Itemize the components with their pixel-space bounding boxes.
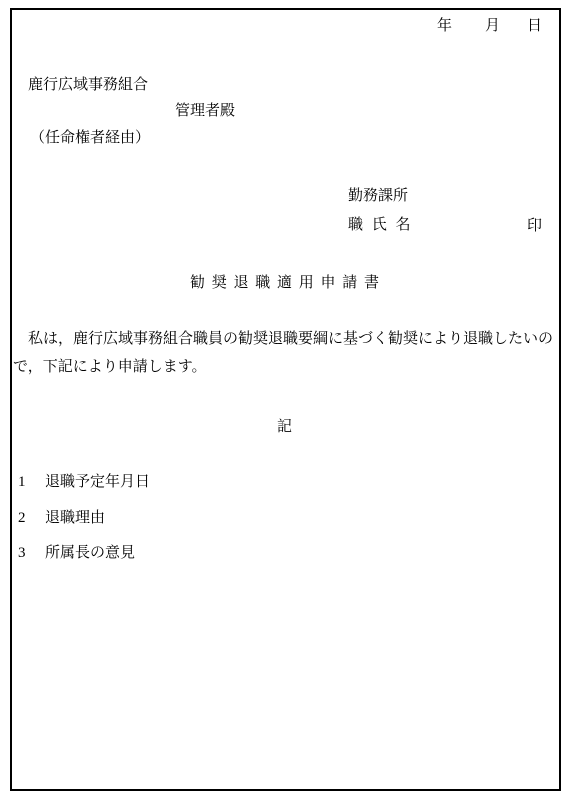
page-border	[10, 8, 561, 791]
list-item-number: 3	[18, 546, 26, 561]
date-day-label: 日	[527, 19, 542, 34]
document-title: 勧 奨 退 職 適 用 申 請 書	[10, 276, 559, 291]
note-marker: 記	[10, 420, 559, 435]
date-year-label: 年	[437, 19, 452, 34]
seal-mark: 印	[527, 219, 542, 234]
list-item-label: 所属長の意見	[45, 546, 135, 561]
name-field-label: 職 氏 名	[348, 218, 411, 233]
addressee-title: 管理者殿	[175, 104, 235, 119]
via-note: （任命権者経由）	[30, 131, 150, 146]
organization-name: 鹿行広域事務組合	[28, 78, 148, 93]
body-paragraph-line-2: で，下記により申請します。	[13, 360, 207, 375]
list-item: 3 所属長の意見	[0, 546, 569, 562]
list-item-label: 退職理由	[45, 511, 105, 526]
list-item-number: 2	[18, 511, 26, 526]
list-item: 1 退職予定年月日	[0, 475, 569, 491]
list-item: 2 退職理由	[0, 511, 569, 527]
list-item-label: 退職予定年月日	[45, 475, 150, 490]
office-field-label: 勤務課所	[348, 189, 408, 204]
document-page: 年 月 日 鹿行広域事務組合 管理者殿 （任命権者経由） 勤務課所 職 氏 名 …	[0, 0, 569, 798]
body-paragraph-line-1: 私は，鹿行広域事務組合職員の勧奨退職要綱に基づく勧奨により退職したいの	[13, 332, 553, 347]
list-item-number: 1	[18, 475, 26, 490]
date-month-label: 月	[485, 19, 500, 34]
